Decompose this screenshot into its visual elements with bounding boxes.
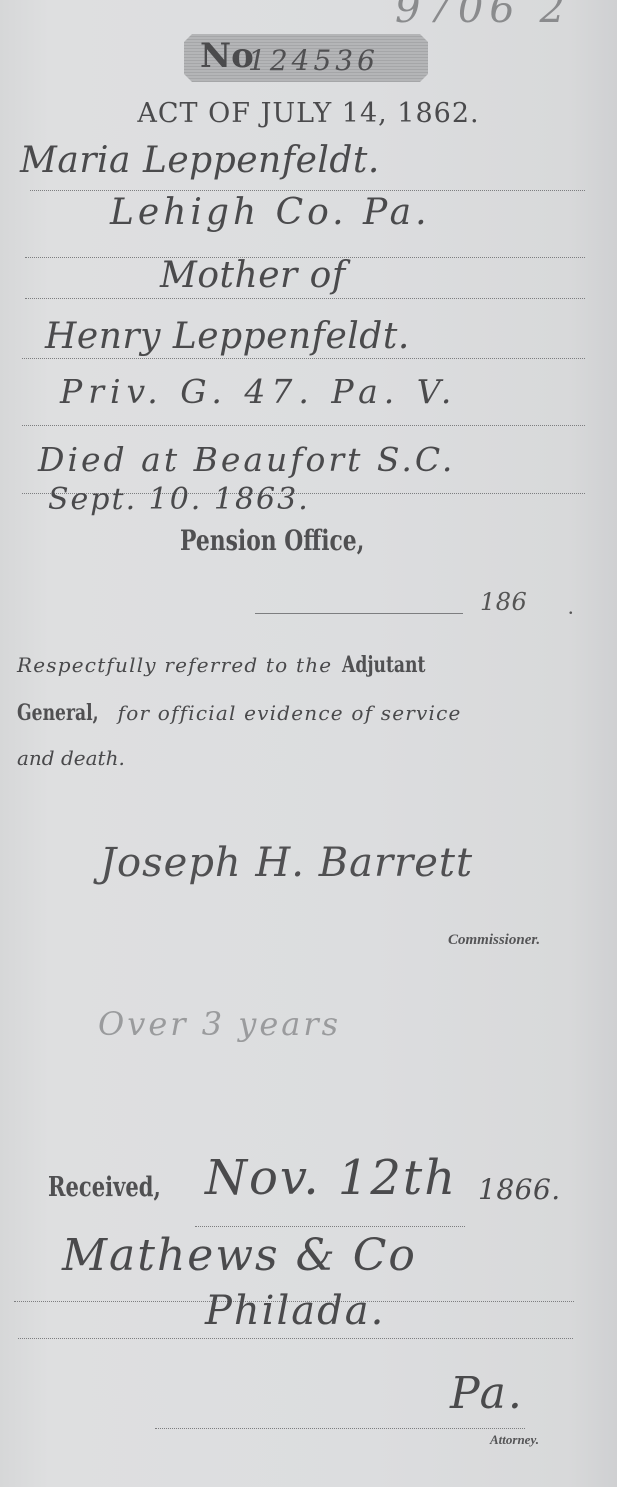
corner-annotation: 9706 2 [395, 0, 571, 32]
date-year-prefix: 186 [480, 588, 527, 616]
signature-title: Commissioner. [448, 932, 540, 949]
act-heading: ACT OF JULY 14, 1862. [0, 98, 617, 129]
referral-line-1: Respectfully referred to the Adjutant [17, 652, 449, 678]
pencil-note: Over 3 years [98, 1005, 341, 1043]
attorney-city: Philada. [205, 1288, 385, 1334]
soldier-name: Henry Leppenfeldt. [45, 316, 410, 357]
pension-index-card: 9706 2 No 124536 ACT OF JULY 14, 1862. M… [0, 0, 617, 1487]
received-date-line [195, 1226, 465, 1227]
referral-gothic-word: Adjutant [342, 652, 425, 678]
referral-line-2: General, for official evidence of servic… [17, 700, 462, 726]
date-blank-line [255, 613, 463, 614]
referral-line-3: and death. [17, 746, 125, 770]
attorney-state: Pa. [450, 1368, 524, 1419]
death-date: Sept. 10. 1863. [48, 482, 310, 517]
office-heading: Pension Office, [180, 524, 364, 557]
entry-line [18, 1338, 573, 1339]
attorney-title: Attorney. [490, 1432, 539, 1448]
commissioner-signature: Joseph H. Barrett [100, 840, 473, 886]
claimant-county: Lehigh Co. Pa. [110, 192, 431, 233]
received-year: 1866. [478, 1173, 561, 1206]
soldier-service: Priv. G. 47. Pa. V. [60, 372, 457, 411]
claimant-name: Maria Leppenfeldt. [20, 140, 380, 181]
entry-line [22, 358, 585, 359]
death-place: Died at Beaufort S.C. [38, 440, 455, 479]
received-label: Received, [48, 1172, 161, 1203]
referral-text: for official evidence of service [118, 701, 462, 725]
stamp-prefix: No [200, 36, 254, 76]
date-period: . [568, 594, 574, 620]
attorney-name: Mathews & Co [62, 1230, 417, 1281]
referral-gothic-word: General, [17, 700, 99, 726]
entry-line [22, 425, 585, 426]
received-date: Nov. 12th [205, 1150, 457, 1206]
referral-text: Respectfully referred to the [17, 653, 332, 677]
attorney-state-line [155, 1428, 525, 1429]
entry-line [30, 190, 585, 191]
entry-line [25, 298, 585, 299]
certificate-number: 124536 [248, 44, 379, 77]
relationship: Mother of [160, 255, 346, 296]
